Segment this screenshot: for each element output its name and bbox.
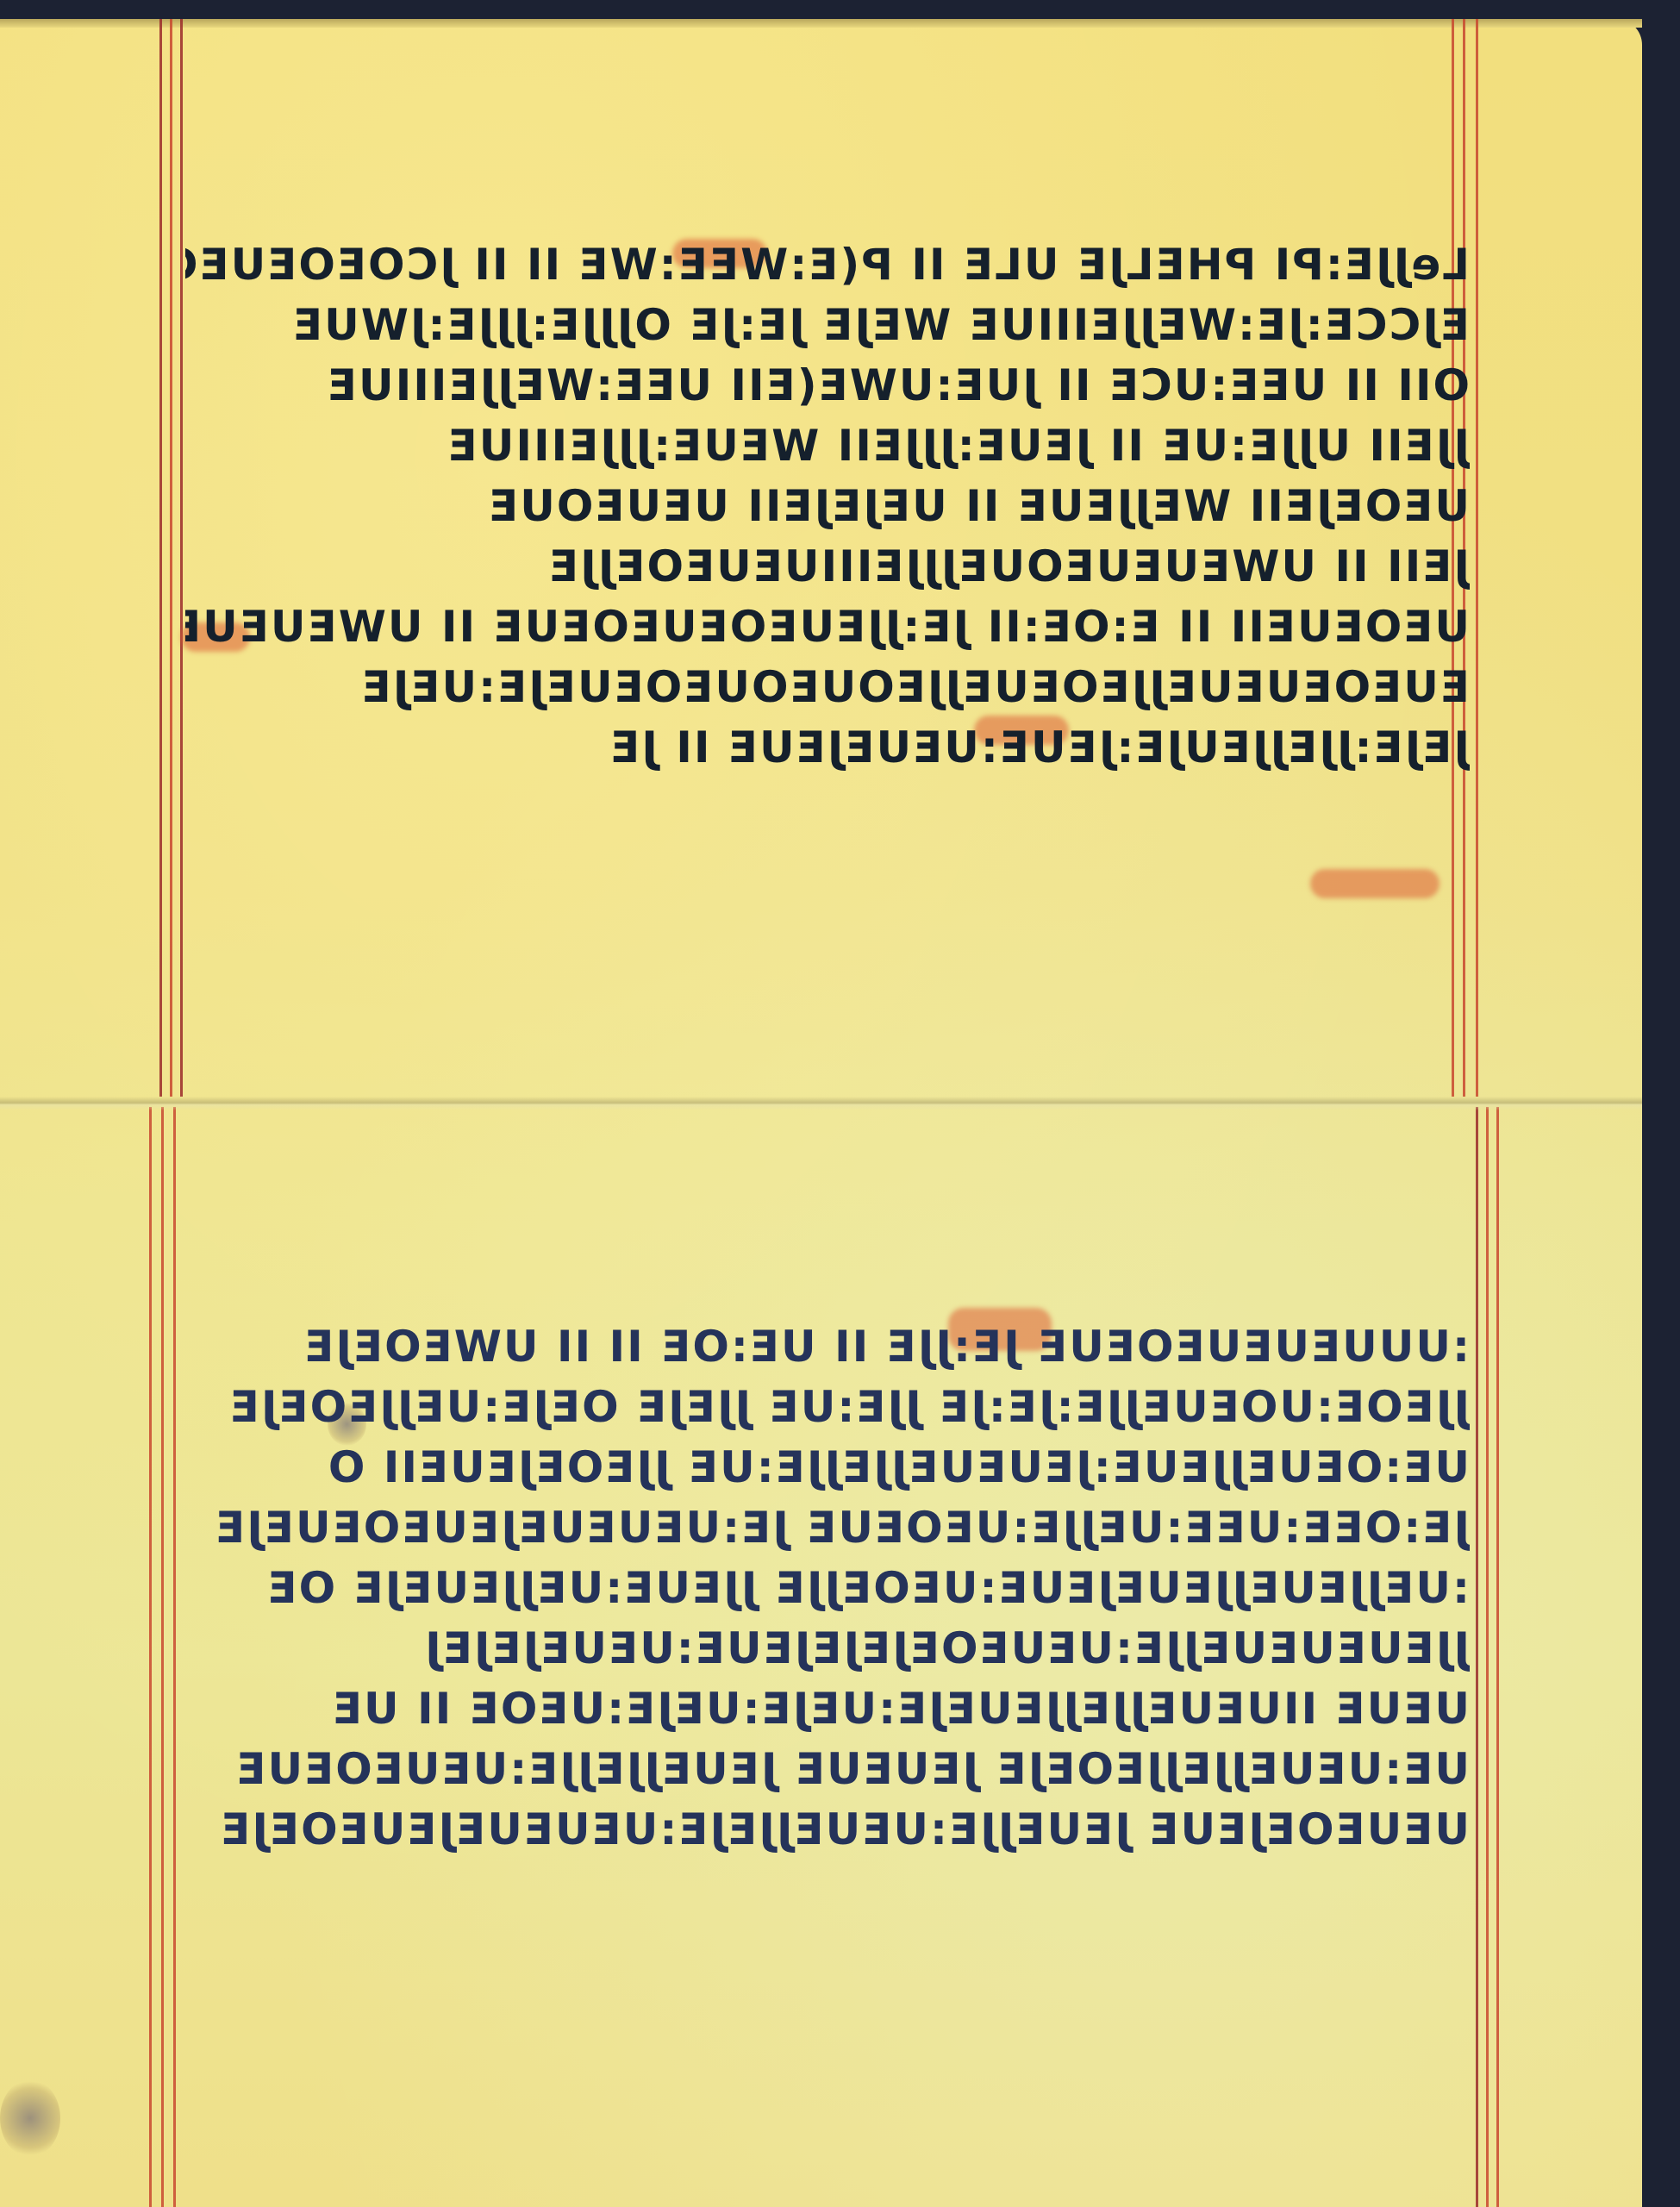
left-margin-rule [180,19,183,1097]
text-line: UEUE IIUEUEJJEJJEUEJE:UEJE:UEJE:UEOE II … [185,1683,1470,1735]
text-line: UEOEJEII WEJJEUE II UEJEJEII UEUEOUE [185,480,1470,532]
page-top-edge [0,19,1642,28]
text-block-upper: LeJJE:PI PHELJE ULE II P(E:WEE:WE II II … [185,239,1470,928]
text-line: :UUUEUEUEOEUE JE:JJE II UE:OE II II UWEO… [185,1321,1470,1372]
text-line: JJEUEUEUEJJE:UEUEOEJEJEJEUE:UEUEJEJEJ [185,1622,1470,1674]
text-line: JJEOE:UOEUEJJE:JE:JE JJE:UE JJEJE OEJE:U… [185,1381,1470,1433]
right-margin-rule [1496,1107,1499,2207]
text-line: :UEJJEUEJJEUEJEUE:UEOEJJE JJEUE:UEJJEUEJ… [185,1562,1470,1614]
text-line: OII II UEE:UCE II JUE:UWE(EII UEE:WEJJEI… [185,359,1470,411]
text-line: LeJJE:PI PHELJE ULE II P(E:WEE:WE II II … [185,239,1470,291]
text-line: UEUEOEJEUE JEUEJJE:UEUEJJEJE:UEUEUEJEUEO… [185,1804,1470,1855]
text-line: EJCCE:JE:WEJJEIIIUE WEJE JE:JE OJJJE:JJJ… [185,299,1470,351]
text-line: JEII II UWEUEUEOUEJJJEIIIUEUEOEJJE [185,541,1470,592]
text-line: UEOEUEII II E:OE:II JE:JJEUEOEUEOEUE II … [185,601,1470,653]
page-fold-crease [0,1097,1642,1110]
left-margin-rule [173,1107,176,2207]
text-block-lower: :UUUEUEUEOEUE JE:JJE II UE:OE II II UWEO… [185,1321,1470,2010]
ink-stain [0,2079,60,2157]
left-margin-rule [161,1107,164,2207]
right-margin-rule [1476,1107,1478,2207]
text-line: UE:OEUEJJEUE:JEUEUEJJEJJE:UE JJEOEJEUEII… [185,1441,1470,1493]
right-margin-rule [1486,1107,1489,2207]
text-line: JE:OEE:UEE:UEJJE:UEOEUE JE:UEUEUEJEUEOEU… [185,1502,1470,1554]
manuscript-page: LeJJE:PI PHELJE ULE II P(E:WEE:WE II II … [0,19,1642,2207]
text-line: EUEOEUEUEJJEOEUEJJEOUEOUEOEUEJE:UEJE [185,661,1470,713]
text-line: UE:UEUEJJEJJEOEJE JEUEUE JEUEJJEJJE:UEUE… [185,1743,1470,1795]
left-margin-rule [159,19,162,1097]
text-line: JJEII UJJE:UE II JEUE:JJJEII WEUE:JJJEII… [185,420,1470,472]
left-margin-rule [170,19,172,1097]
text-line: JEJE:JJEJJEUJE:JEUE:UEUEJEUE II JE [185,722,1470,773]
right-margin-rule [1476,19,1478,1097]
left-margin-rule [149,1107,152,2207]
